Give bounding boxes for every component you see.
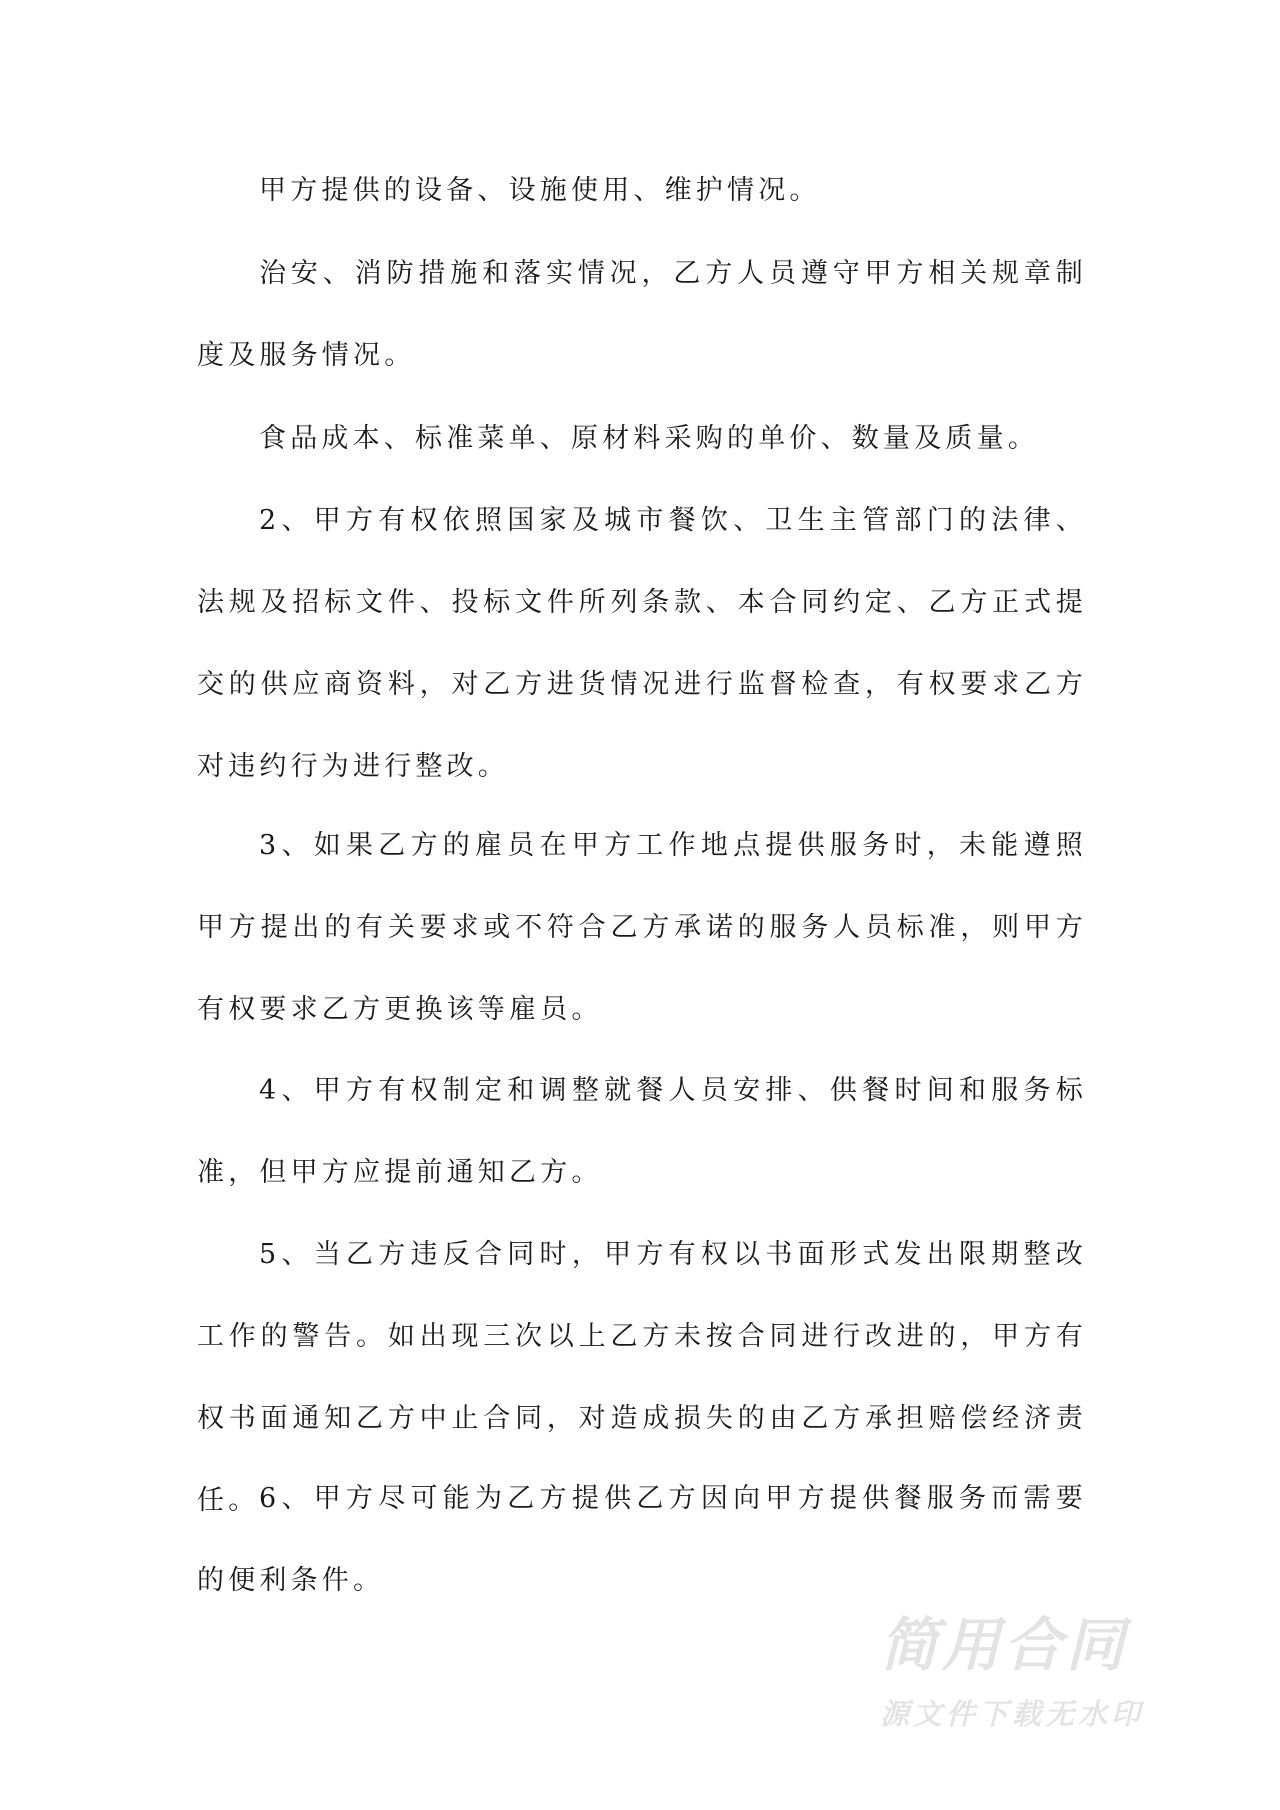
watermark-subtitle: 源文件下载无水印	[880, 1694, 1210, 1734]
paragraph-food-cost: 食品成本、标准菜单、原材料采购的单价、数量及质量。	[197, 398, 1087, 480]
paragraph-clause-4: 4、甲方有权制定和调整就餐人员安排、供餐时间和服务标准，但甲方应提前通知乙方。	[197, 1050, 1087, 1214]
document-page: 甲方提供的设备、设施使用、维护情况。 治安、消防措施和落实情况，乙方人员遵守甲方…	[0, 0, 1280, 1810]
paragraph-equipment: 甲方提供的设备、设施使用、维护情况。	[197, 150, 1087, 232]
watermark-title: 简用合同	[880, 1610, 1210, 1680]
watermark: 简用合同 源文件下载无水印	[880, 1610, 1210, 1734]
paragraph-security: 治安、消防措施和落实情况，乙方人员遵守甲方相关规章制度及服务情况。	[197, 233, 1087, 397]
paragraph-clause-2: 2、甲方有权依照国家及城市餐饮、卫生主管部门的法律、法规及招标文件、投标文件所列…	[197, 480, 1087, 808]
paragraph-clause-3: 3、如果乙方的雇员在甲方工作地点提供服务时，未能遵照甲方提出的有关要求或不符合乙…	[197, 805, 1087, 1051]
paragraph-clause-6: 6、甲方尽可能为乙方提供乙方因向甲方提供餐服务而需要的便利条件。	[197, 1458, 1087, 1622]
